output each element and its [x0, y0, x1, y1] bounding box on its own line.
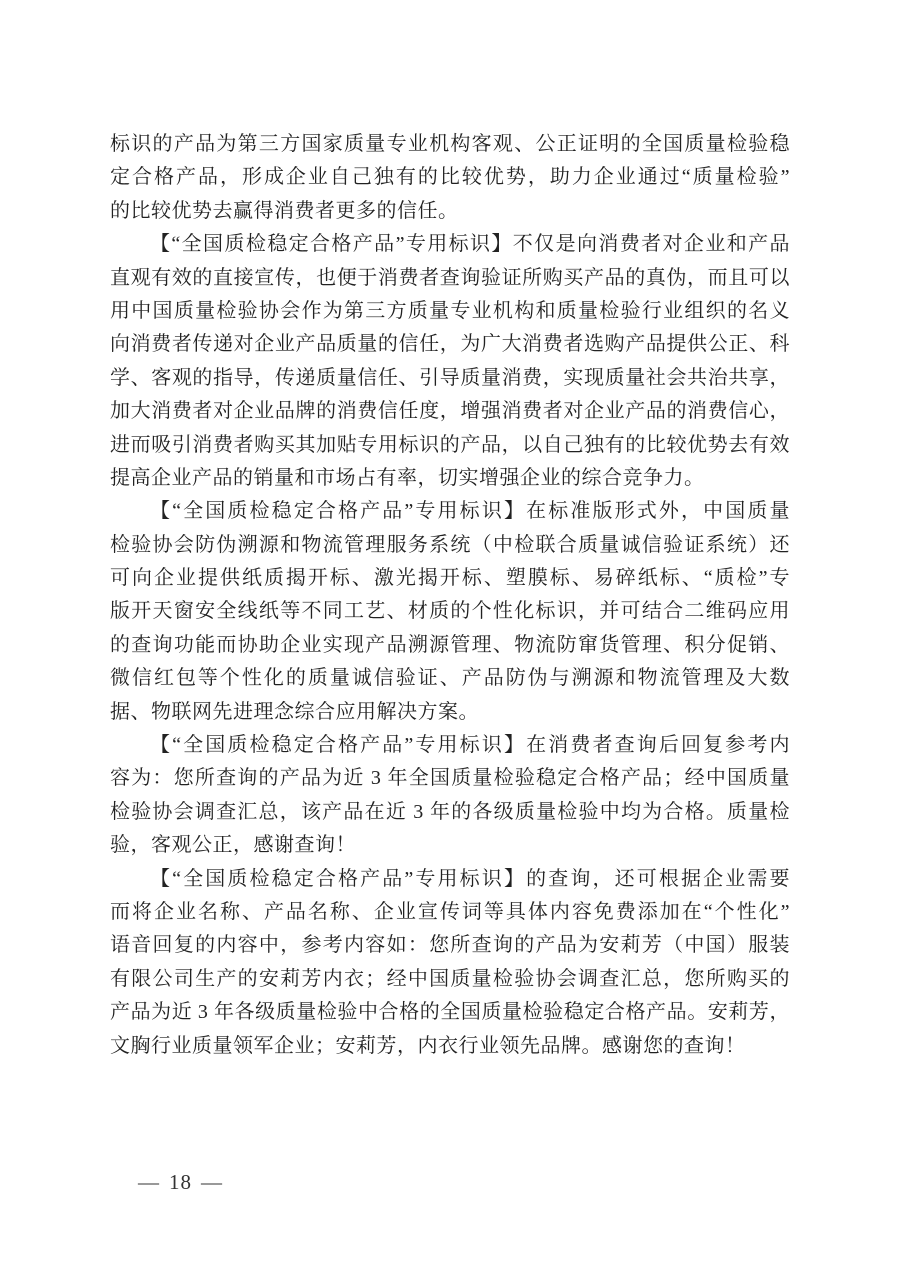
text-line: 直观有效的直接宣传，也便于消费者查询验证所购买产品的真伪，而且可以 [110, 262, 790, 295]
paragraph: 标识的产品为第三方国家质量专业机构客观、公正证明的全国质量检验稳定合格产品，形成… [110, 128, 790, 228]
text-line: 【“全国质检稳定合格产品”专用标识】在消费者查询后回复参考内 [110, 729, 790, 762]
text-line: 微信红包等个性化的质量诚信验证、产品防伪与溯源和物流管理及大数 [110, 662, 790, 695]
text-line: 而将企业名称、产品名称、企业宣传词等具体内容免费添加在“个性化” [110, 896, 790, 929]
text-line: 版开天窗安全线纸等不同工艺、材质的个性化标识，并可结合二维码应用 [110, 595, 790, 628]
text-line: 【“全国质检稳定合格产品”专用标识】不仅是向消费者对企业和产品 [110, 228, 790, 261]
paragraph: 【“全国质检稳定合格产品”专用标识】在标准版形式外，中国质量检验协会防伪溯源和物… [110, 495, 790, 729]
text-line: 产品为近 3 年各级质量检验中合格的全国质量检验稳定合格产品。安莉芳， [110, 996, 790, 1029]
text-line: 进而吸引消费者购买其加贴专用标识的产品，以自己独有的比较优势去有效 [110, 429, 790, 462]
text-line: 加大消费者对企业品牌的消费信任度，增强消费者对企业产品的消费信心， [110, 395, 790, 428]
paragraph: 【“全国质检稳定合格产品”专用标识】不仅是向消费者对企业和产品直观有效的直接宣传… [110, 228, 790, 495]
paragraph: 【“全国质检稳定合格产品”专用标识】在消费者查询后回复参考内容为：您所查询的产品… [110, 729, 790, 863]
text-line: 语音回复的内容中，参考内容如：您所查询的产品为安莉芳（中国）服装 [110, 929, 790, 962]
text-line: 学、客观的指导，传递质量信任、引导质量消费，实现质量社会共治共享， [110, 362, 790, 395]
text-line: 提高企业产品的销量和市场占有率，切实增强企业的综合竞争力。 [110, 462, 790, 495]
text-line: 检验协会防伪溯源和物流管理服务系统（中检联合质量诚信验证系统）还 [110, 529, 790, 562]
text-line: 定合格产品，形成企业自己独有的比较优势，助力企业通过“质量检验” [110, 161, 790, 194]
document-page: 标识的产品为第三方国家质量专业机构客观、公正证明的全国质量检验稳定合格产品，形成… [0, 0, 900, 1273]
page-number: 18 [169, 1170, 192, 1194]
page-footer: —18— [138, 1170, 223, 1195]
document-body: 标识的产品为第三方国家质量专业机构客观、公正证明的全国质量检验稳定合格产品，形成… [110, 128, 790, 1063]
text-line: 检验协会调查汇总，该产品在近 3 年的各级质量检验中均为合格。质量检 [110, 796, 790, 829]
paragraph: 【“全国质检稳定合格产品”专用标识】的查询，还可根据企业需要而将企业名称、产品名… [110, 863, 790, 1063]
footer-right-dash: — [201, 1170, 223, 1194]
text-line: 用中国质量检验协会作为第三方质量专业机构和质量检验行业组织的名义 [110, 295, 790, 328]
text-line: 文胸行业质量领军企业；安莉芳，内衣行业领先品牌。感谢您的查询！ [110, 1030, 790, 1063]
text-line: 有限公司生产的安莉芳内衣；经中国质量检验协会调查汇总，您所购买的 [110, 963, 790, 996]
text-line: 【“全国质检稳定合格产品”专用标识】的查询，还可根据企业需要 [110, 863, 790, 896]
footer-left-dash: — [138, 1170, 160, 1194]
text-line: 向消费者传递对企业产品质量的信任，为广大消费者选购产品提供公正、科 [110, 328, 790, 361]
text-line: 【“全国质检稳定合格产品”专用标识】在标准版形式外，中国质量 [110, 495, 790, 528]
text-line: 据、物联网先进理念综合应用解决方案。 [110, 696, 790, 729]
text-line: 可向企业提供纸质揭开标、激光揭开标、塑膜标、易碎纸标、“质检”专 [110, 562, 790, 595]
text-line: 的查询功能而协助企业实现产品溯源管理、物流防窜货管理、积分促销、 [110, 629, 790, 662]
text-line: 的比较优势去赢得消费者更多的信任。 [110, 195, 790, 228]
text-line: 容为：您所查询的产品为近 3 年全国质量检验稳定合格产品；经中国质量 [110, 762, 790, 795]
text-line: 标识的产品为第三方国家质量专业机构客观、公正证明的全国质量检验稳 [110, 128, 790, 161]
text-line: 验，客观公正，感谢查询！ [110, 829, 790, 862]
